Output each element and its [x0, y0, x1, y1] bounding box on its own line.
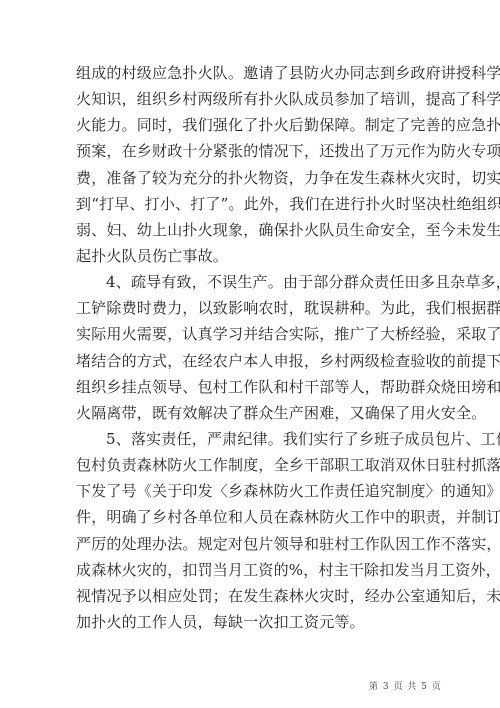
text-line: 堵结合的方式，在经农户本人申报，乡村两级检查验收的前提下， [76, 348, 416, 374]
text-line: 件，明确了乡村各单位和人员在森林防火工作中的职责，并制订了 [76, 504, 416, 530]
text-line: 火能力。同时，我们强化了扑火后勤保障。制定了完善的应急扑火 [76, 112, 416, 138]
text-line: 火知识，组织乡村两级所有扑火队成员参加了培训，提高了科学扑 [76, 86, 416, 112]
text-line: 视情况予以相应处罚；在发生森林火灾时，经办公室通知后，未参 [76, 583, 416, 609]
paragraph-5-start: 5、落实责任，严肃纪律。我们实行了乡班子成员包片、工作队 [76, 426, 416, 452]
text-line: 严厉的处理办法。规定对包片领导和驻村工作队因工作不落实，造 [76, 531, 416, 557]
paragraph-4-start: 4、疏导有致，不误生产。由于部分群众责任田多且杂草多，手 [76, 269, 416, 295]
text-line: 火隔离带，既有效解决了群众生产困难，又确保了用火安全。 [76, 400, 416, 426]
text-line: 到“打早、打小、打了”。此外，我们在进行扑火时坚决杜绝组织老、 [76, 191, 416, 217]
text-line: 弱、妇、幼上山扑火现象，确保扑火队员生命安全，至今未发生一 [76, 217, 416, 243]
text-line: 包村负责森林防火工作制度，全乡干部职工取消双休日驻村抓落实。 [76, 452, 416, 478]
text-line: 起扑火队员伤亡事故。 [76, 243, 416, 269]
text-line: 加扑火的工作人员，每缺一次扣工资元等。 [76, 609, 416, 635]
text-line: 预案，在乡财政十分紧张的情况下，还拨出了万元作为防火专项经 [76, 138, 416, 164]
document-body: 组成的村级应急扑火队。邀请了县防火办同志到乡政府讲授科学扑 火知识，组织乡村两级… [76, 60, 416, 635]
text-line: 费，准备了较为充分的扑火物资，力争在发生森林火灾时，切实做 [76, 165, 416, 191]
text-line: 组成的村级应急扑火队。邀请了县防火办同志到乡政府讲授科学扑 [76, 60, 416, 86]
document-page: 组成的村级应急扑火队。邀请了县防火办同志到乡政府讲授科学扑 火知识，组织乡村两级… [0, 0, 500, 708]
text-line: 组织乡挂点领导、包村工作队和村干部等人，帮助群众烧田塝和防 [76, 374, 416, 400]
text-line: 工铲除费时费力，以致影响农时，耽误耕种。为此，我们根据群众 [76, 295, 416, 321]
text-line: 下发了号《关于印发〈乡森林防火工作责任追究制度〉的通知》文 [76, 478, 416, 504]
text-line: 成森林火灾的，扣罚当月工资的%，村主干除扣发当月工资外，另外 [76, 557, 416, 583]
text-line: 实际用火需要，认真学习并结合实际，推广了大桥经验，采取了疏 [76, 321, 416, 347]
page-number: 第 3 页 共 5 页 [369, 679, 442, 692]
